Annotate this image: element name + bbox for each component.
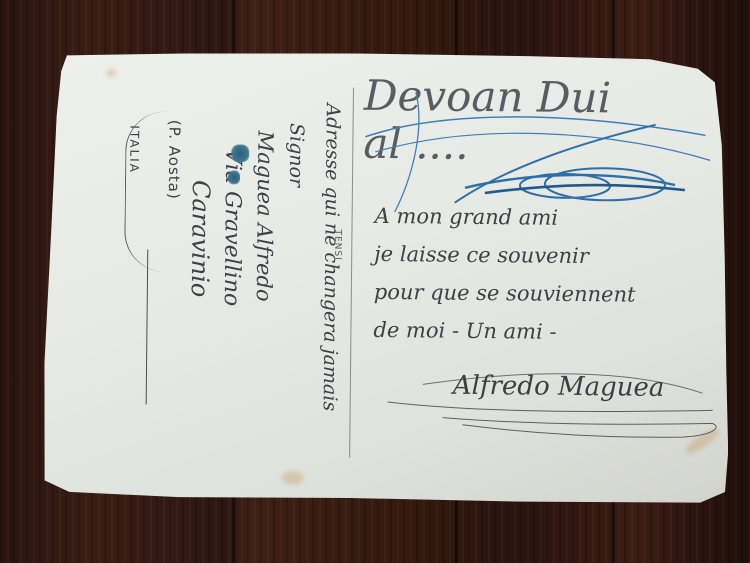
message-body: A mon grand ami je laisse ce souvenir po… [373,197,636,352]
signature: Alfredo Maguea [453,371,665,403]
age-stain [106,69,116,77]
message-line: je laisse ce souvenir [374,235,636,276]
message-line: de moi - Un ami - [373,311,635,352]
age-stain [282,471,304,485]
center-divider-line [349,88,354,458]
postcard: TENSI Devoan Dui al .... A mon grand ami… [42,48,733,505]
address-line: Adresse qui ne changera jamais [319,103,344,411]
address-line: Caravinio [186,180,215,298]
ink-blot [231,144,249,162]
message-line: A mon grand ami [374,197,636,238]
address-line: (P. Aosta) [165,120,184,200]
bracket-stroke [124,111,167,271]
ink-blot [228,170,240,184]
underline-stroke [146,249,149,404]
message-line: pour que se souviennent [374,273,636,314]
address-line: Maguea Alfredo [252,131,278,302]
address-line: Signor [285,123,308,187]
age-stain [302,499,332,507]
